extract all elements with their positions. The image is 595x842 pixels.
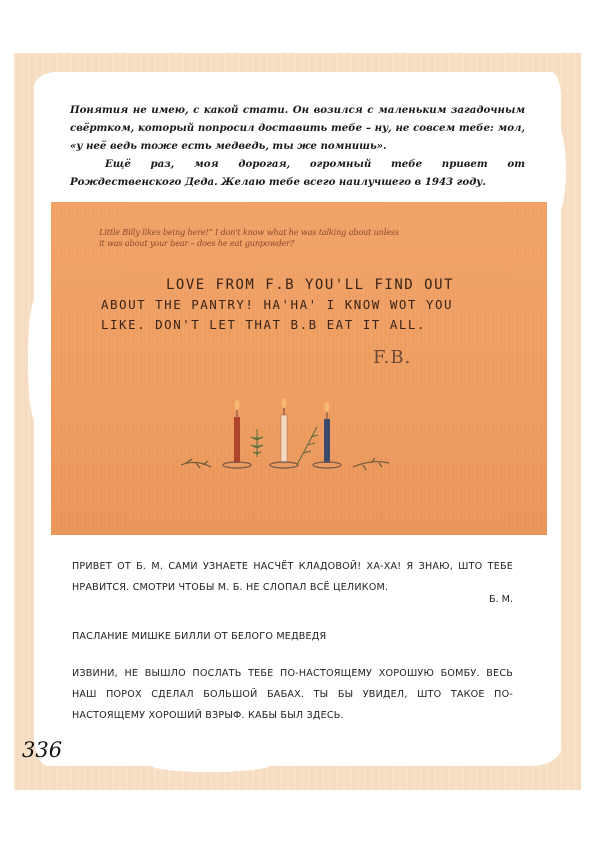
letter-signature: F.B.	[373, 347, 411, 368]
paragraph-intro: Понятия не имею, с какой стати. Он возил…	[70, 101, 525, 155]
holly-sprig-icon	[251, 429, 263, 457]
block-letters-line-2: ABOUT THE PANTRY! HA'HA' I KNOW WOT YOU	[101, 295, 531, 315]
torn-edge-left	[28, 300, 42, 420]
page-number: 336	[22, 738, 62, 762]
feather-sprig-icon	[297, 427, 318, 465]
message-from-bm: Привет от Б. М. Сами узнаете насчёт клад…	[72, 556, 513, 598]
holly-left-icon	[181, 459, 211, 468]
holly-right-icon	[353, 458, 389, 470]
message-heading: Пaслание Мишке Билли от Белого Медведя	[72, 626, 513, 647]
block-letters-line-3: LIKE. DON'T LET THAT B.B EAT IT ALL.	[101, 315, 531, 335]
torn-edge-bottom	[150, 758, 270, 772]
white-candle-icon	[270, 398, 298, 468]
torn-edge-right	[552, 130, 566, 210]
signature-bm: Б. М.	[489, 594, 513, 605]
handwritten-note-line-1: Little Billy likes being here!” I don't …	[99, 227, 519, 238]
letter-scan-image: Little Billy likes being here!” I don't …	[51, 202, 547, 535]
block-letters-line-1: LOVE FROM F.B YOU'LL FIND OUT	[166, 275, 595, 295]
paragraph-greeting: Ещё раз, моя дорогая, огромный тебе прив…	[70, 155, 525, 191]
handwritten-note-line-2: it was about your bear – does he eat gun…	[99, 238, 519, 249]
red-candle-icon	[223, 400, 251, 468]
message-from-polar-bear: Извини, не вышло послать тебе по-настоящ…	[72, 663, 513, 726]
candles-drawing-icon	[171, 377, 431, 477]
